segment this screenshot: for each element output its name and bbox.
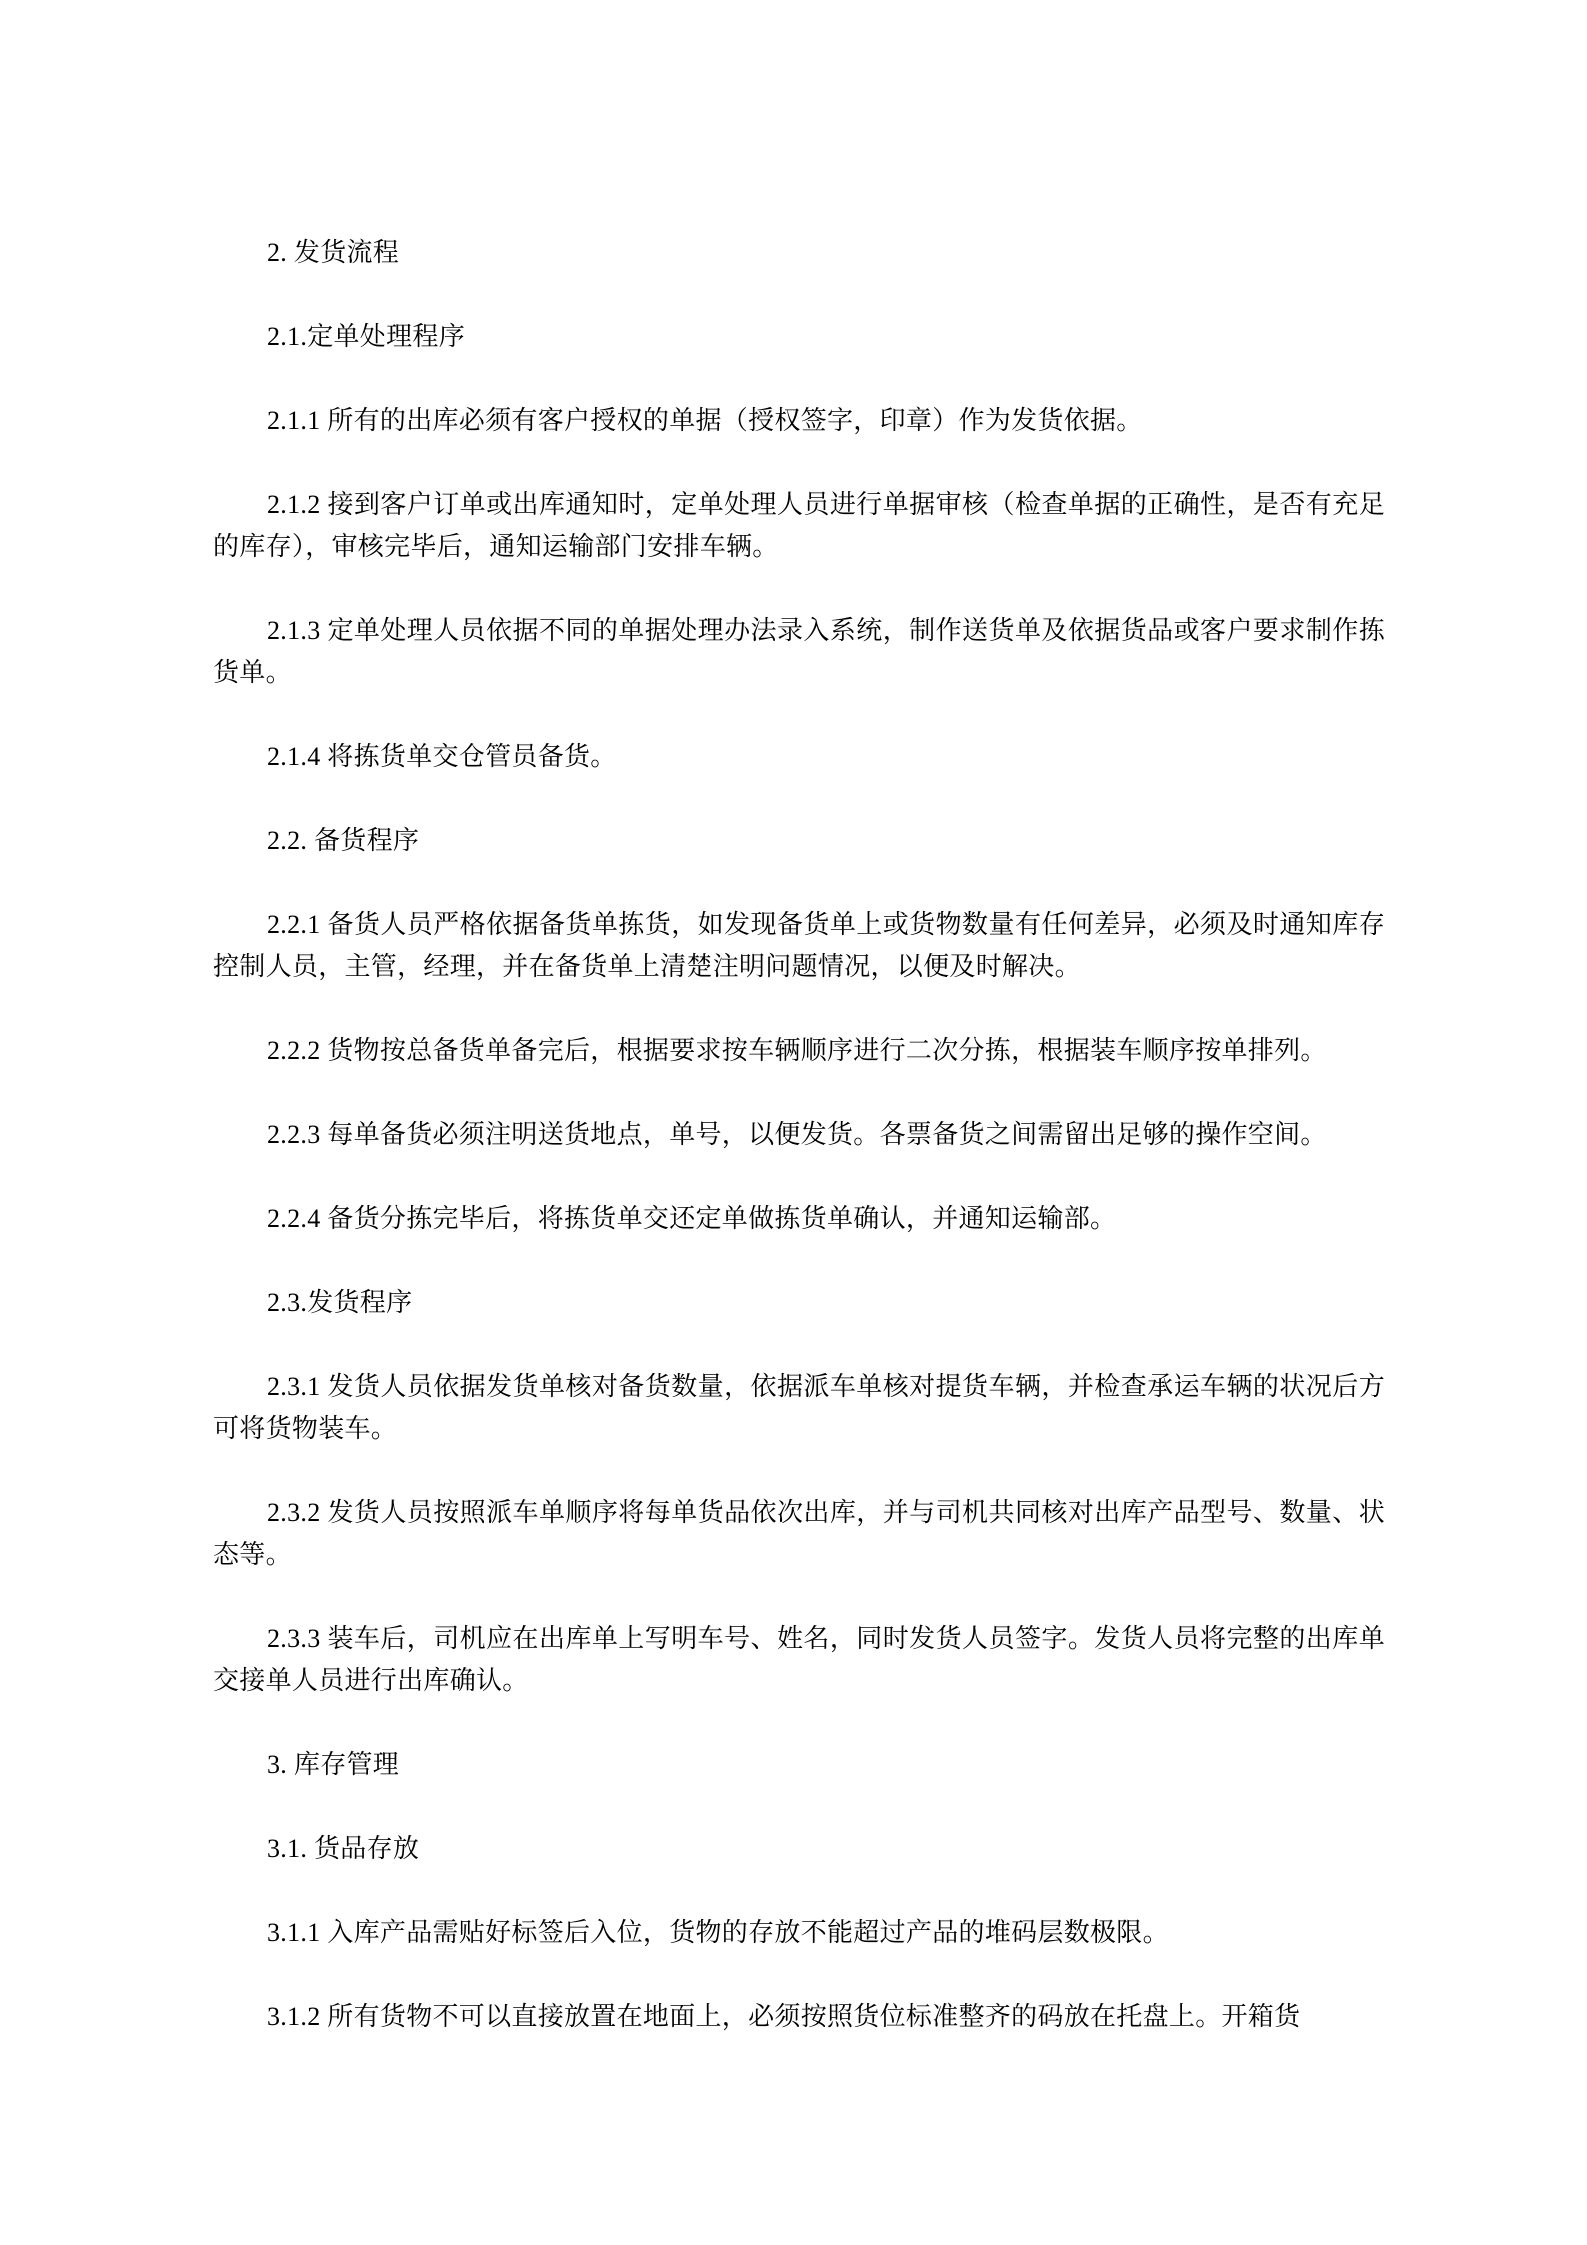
paragraph-2-3-1: 2.3.1 发货人员依据发货单核对备货数量，依据派车单核对提货车辆，并检查承运车… [213, 1366, 1385, 1450]
subsection-heading-2-2: 2.2. 备货程序 [213, 820, 1385, 862]
subsection-heading-2-1: 2.1.定单处理程序 [213, 316, 1385, 358]
section-heading-2: 2. 发货流程 [213, 232, 1385, 274]
subsection-heading-3-1: 3.1. 货品存放 [213, 1828, 1385, 1870]
subsection-heading-2-3: 2.3.发货程序 [213, 1282, 1385, 1324]
paragraph-2-3-3: 2.3.3 装车后，司机应在出库单上写明车号、姓名，同时发货人员签字。发货人员将… [213, 1618, 1385, 1702]
paragraph-2-1-2: 2.1.2 接到客户订单或出库通知时，定单处理人员进行单据审核（检查单据的正确性… [213, 484, 1385, 568]
paragraph-3-1-2: 3.1.2 所有货物不可以直接放置在地面上，必须按照货位标准整齐的码放在托盘上。… [213, 1996, 1385, 2038]
paragraph-3-1-1: 3.1.1 入库产品需贴好标签后入位，货物的存放不能超过产品的堆码层数极限。 [213, 1912, 1385, 1954]
paragraph-2-1-1: 2.1.1 所有的出库必须有客户授权的单据（授权签字，印章）作为发货依据。 [213, 400, 1385, 442]
paragraph-2-1-3: 2.1.3 定单处理人员依据不同的单据处理办法录入系统，制作送货单及依据货品或客… [213, 610, 1385, 694]
paragraph-2-3-2: 2.3.2 发货人员按照派车单顺序将每单货品依次出库，并与司机共同核对出库产品型… [213, 1492, 1385, 1576]
paragraph-2-2-4: 2.2.4 备货分拣完毕后，将拣货单交还定单做拣货单确认，并通知运输部。 [213, 1198, 1385, 1240]
paragraph-2-2-2: 2.2.2 货物按总备货单备完后，根据要求按车辆顺序进行二次分拣，根据装车顺序按… [213, 1030, 1385, 1072]
paragraph-2-2-3: 2.2.3 每单备货必须注明送货地点，单号，以便发货。各票备货之间需留出足够的操… [213, 1114, 1385, 1156]
paragraph-2-1-4: 2.1.4 将拣货单交仓管员备货。 [213, 736, 1385, 778]
section-heading-3: 3. 库存管理 [213, 1744, 1385, 1786]
document-page: 2. 发货流程 2.1.定单处理程序 2.1.1 所有的出库必须有客户授权的单据… [213, 232, 1385, 2080]
paragraph-2-2-1: 2.2.1 备货人员严格依据备货单拣货，如发现备货单上或货物数量有任何差异，必须… [213, 904, 1385, 988]
